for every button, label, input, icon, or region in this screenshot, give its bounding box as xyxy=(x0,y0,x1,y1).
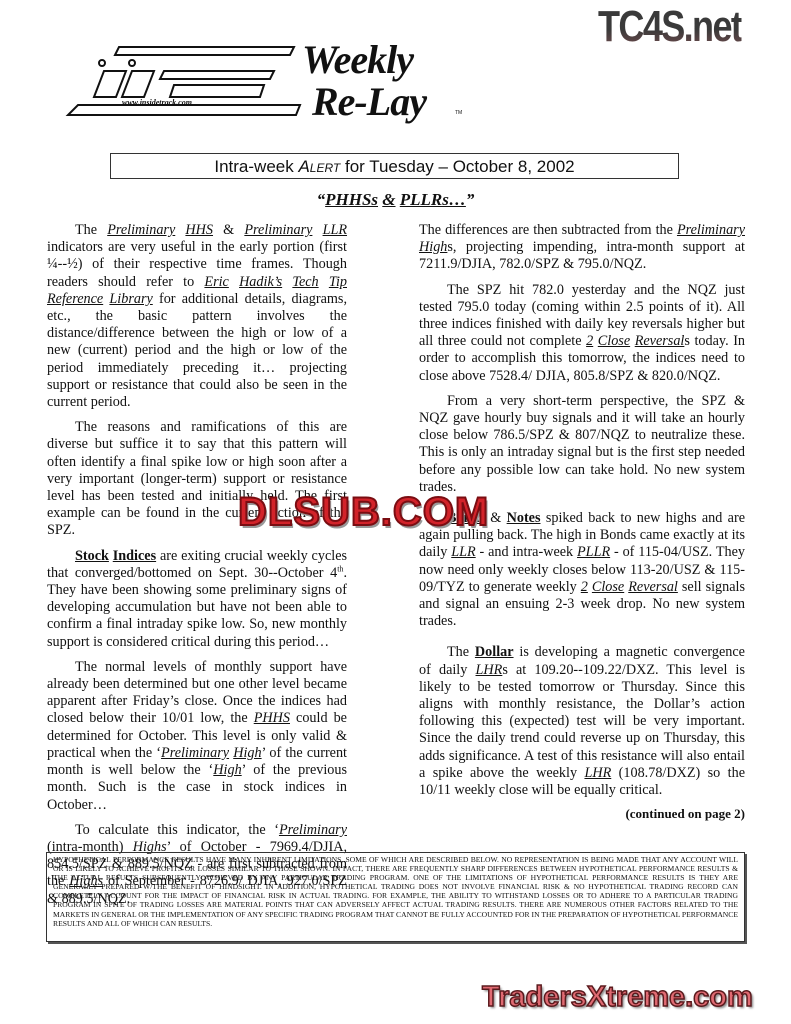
term-llr: LLR xyxy=(451,544,475,560)
heading-stock: Stock xyxy=(75,548,109,564)
left-column: The Preliminary HHS & Preliminary LLR in… xyxy=(47,222,347,916)
term-preliminary-4: Preliminary xyxy=(677,222,745,238)
paragraph-differences: The differences are then subtracted from… xyxy=(419,222,745,274)
logo-url: www.insidetrack.com xyxy=(122,98,192,107)
ref-tip: Tip xyxy=(329,274,347,290)
link-preliminary-2: Preliminary xyxy=(244,222,312,238)
link-preliminary: Preliminary xyxy=(107,222,175,238)
term-pllr: PLLR xyxy=(577,544,610,560)
continued-link[interactable]: (continued on page 2) xyxy=(419,805,745,822)
link-hhs: HHS xyxy=(185,222,213,238)
term-close: Close xyxy=(598,333,630,349)
paragraph-short-term: From a very short-term perspective, the … xyxy=(419,393,745,496)
alert-header-box: Intra-week Alert for Tuesday – October 8… xyxy=(110,153,679,179)
tradersxtreme-watermark: TradersXtreme.com xyxy=(482,980,753,1014)
term-close-b: Close xyxy=(592,579,624,595)
alert-suffix: for Tuesday – October 8, 2002 xyxy=(340,157,574,176)
title-phhss: PHHSs xyxy=(325,190,378,209)
title-pllrs: PLLRs… xyxy=(400,190,466,209)
ref-eric: Eric xyxy=(204,274,228,290)
disclaimer-box: HYPOTHETICAL PERFORMANCE RESULTS HAVE MA… xyxy=(46,852,745,942)
heading-notes: Notes xyxy=(507,510,541,526)
logo-weekly: Weekly xyxy=(302,40,413,80)
heading-dollar: Dollar xyxy=(475,644,514,660)
ref-library: Library xyxy=(109,291,152,307)
paragraph-intro: The Preliminary HHS & Preliminary LLR in… xyxy=(47,222,347,411)
page-title: “PHHSs & PLLRs…” xyxy=(0,190,791,210)
term-lhr-2: LHR xyxy=(584,765,611,781)
ref-hadik: Hadik’s xyxy=(239,274,282,290)
term-high: High xyxy=(233,745,261,761)
title-amp: & xyxy=(382,190,395,209)
paragraph-stock-indices: Stock Indices are exiting crucial weekly… xyxy=(47,548,347,651)
ref-tech: Tech xyxy=(292,274,318,290)
dlsub-watermark: DLSUB.COM xyxy=(238,490,489,534)
heading-indices: Indices xyxy=(113,548,156,564)
trademark-mark: TM xyxy=(455,110,462,116)
term-lhr: LHR xyxy=(476,662,503,678)
term-high-2: High xyxy=(213,762,241,778)
ref-reference: Reference xyxy=(47,291,103,307)
link-llr: LLR xyxy=(323,222,347,238)
tc4s-watermark: TC4S.net xyxy=(598,2,741,52)
term-preliminary: Preliminary xyxy=(161,745,229,761)
paragraph-spz-hit: The SPZ hit 782.0 yesterday and the NQZ … xyxy=(419,282,745,385)
paragraph-monthly-support: The normal levels of monthly support hav… xyxy=(47,659,347,814)
term-preliminary-3: Preliminary xyxy=(279,822,347,838)
paragraph-dollar: The Dollar is developing a magnetic conv… xyxy=(419,644,745,799)
logo-relay: Re-Lay xyxy=(312,82,426,122)
term-2b: 2 xyxy=(581,579,588,595)
close-quote: ” xyxy=(466,190,475,209)
term-high-3: High xyxy=(419,239,447,255)
alert-word: Alert xyxy=(298,157,340,176)
term-reversal-b: Reversal xyxy=(628,579,678,595)
term-reversal: Reversal xyxy=(635,333,685,349)
term-phhs: PHHS xyxy=(254,710,290,726)
open-quote: “ xyxy=(317,190,326,209)
alert-prefix: Intra-week xyxy=(214,157,298,176)
